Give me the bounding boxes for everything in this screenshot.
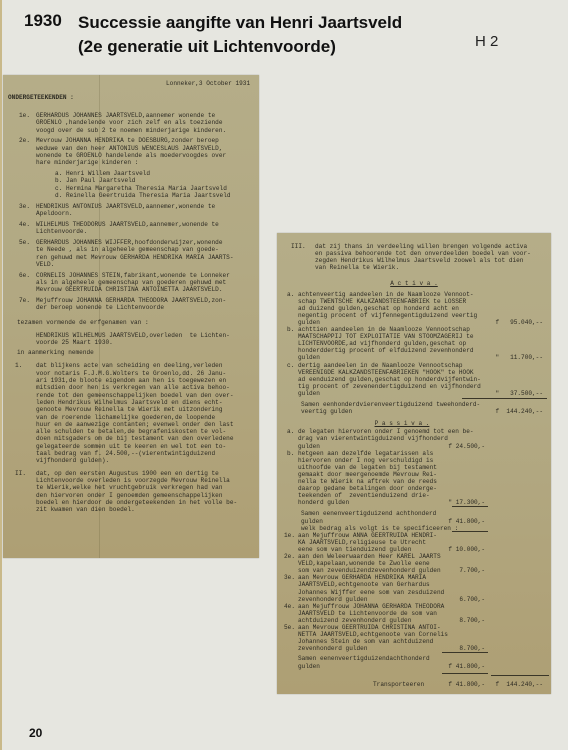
party-line: hare minderjarige kinderen : xyxy=(36,159,138,166)
clause-number: 1. xyxy=(15,362,22,369)
clause-number: II. xyxy=(15,470,26,477)
passiva-line: honderd gulden xyxy=(298,499,349,506)
party-line: weduwe van den heer ANTONIUS WENCESLAUS … xyxy=(36,145,223,152)
activa-amount: " 37.500,-- xyxy=(495,390,543,397)
clause-line: doen mitsgaders om de bij testament van … xyxy=(36,435,233,442)
underline-rule xyxy=(462,398,547,399)
passiva-letter: a. xyxy=(287,428,294,435)
clause-line: dat, op den eersten Augustus 1900 een en… xyxy=(36,470,219,477)
clause-line: taal bedrag van f. 24.500,--(vierentwint… xyxy=(36,450,215,457)
party-line: der beroep wonende te Lichtenvoorde xyxy=(36,304,164,311)
clause-line: dat blijkens acte van scheiding en deeli… xyxy=(36,362,223,369)
document-heading: ONDERGETEEKENDEN : xyxy=(8,94,74,101)
page-title: Successie aangifte van Henri Jaartsveld … xyxy=(78,11,402,59)
party-line: GROENLO ,handelende voor zich zelf en al… xyxy=(36,119,223,126)
party-number: 1e. xyxy=(19,112,30,119)
clause-line: van de roerende lichamelijke goederen,de… xyxy=(36,414,215,421)
title-line-2: (2e generatie uit Lichtenvoorde) xyxy=(78,35,402,59)
activa-line: tig procent of zevenendertigduizend en v… xyxy=(298,383,481,390)
party-line: VELD. xyxy=(36,261,54,268)
activa-total-line: veertig gulden xyxy=(301,408,352,415)
activa-amount: f 95.040,-- xyxy=(495,319,543,326)
deceased-line: HENDRIKUS WILHELMUS JAARTSVELD,overleden… xyxy=(36,332,230,339)
party-line: Lichtenvoorde. xyxy=(36,228,87,235)
party-line: b. Jan Paul Jaartsveld xyxy=(55,177,135,184)
specification-line: zevenhonderd gulden xyxy=(298,645,367,652)
clause-line: Lichtenvoorde overleden is voorzegde Mev… xyxy=(36,477,230,484)
underline-rule xyxy=(452,531,488,532)
party-line: voogd over de sub 2 te noemen minderjari… xyxy=(36,127,226,134)
section-code: H 2 xyxy=(475,33,498,50)
underline-rule xyxy=(442,652,488,653)
party-line: WILHELMUS THEODORUS JAARTSVELD,aannemer,… xyxy=(36,221,219,228)
clause-line: voor notaris F.J.M.G.Wolters te Groenlo,… xyxy=(36,370,226,377)
transport-label: Transporteeren xyxy=(373,681,424,688)
party-line: GERHARDUS JOHANNES JAARTSVELD,aannemer w… xyxy=(36,112,215,119)
passiva-amount: f 24.500,- xyxy=(448,443,485,450)
party-number: 3e. xyxy=(19,203,30,210)
passiva-letter: b. xyxy=(287,450,294,457)
party-line: HENDRIKUS ANTONIUS JAARTSVELD,aannemer,w… xyxy=(36,203,215,210)
together-line: tezamen vormende de erfgenamen van : xyxy=(17,319,149,326)
party-line: wonende te GROENLO handelende als moeder… xyxy=(36,152,226,159)
party-line: c. Hermina Margaretha Theresia Maria Jaa… xyxy=(55,185,227,192)
clause-line: vijfhonderd gulden). xyxy=(36,457,109,464)
clause-line: zit kwamen van dien boedel. xyxy=(36,506,135,513)
clause-line: rende tot den gemeenschappelijken boedel… xyxy=(36,392,233,399)
specification-amount: 7.700,- xyxy=(459,567,485,574)
activa-letter: c. xyxy=(287,362,294,369)
party-line: als in algeheele gemeenschap van goedere… xyxy=(36,279,226,286)
activa-total: f 144.240,-- xyxy=(495,408,543,415)
clause-line: alle schulden te betalen,de begrafenisko… xyxy=(36,428,226,435)
party-line: Mevrouw JOHANNA HENDRIKA te DOESBURG,zon… xyxy=(36,137,219,144)
passiva-heading: P a s s i v a . xyxy=(277,420,527,427)
activa-heading: A c t i v a . xyxy=(277,280,551,287)
left-document-scan: Lonneker,3 October 1931 ONDERGETEEKENDEN… xyxy=(3,75,259,558)
transport-left-amount: f 41.800,- xyxy=(448,681,485,688)
deceased-line: voorde 25 Maart 1930. xyxy=(36,339,113,346)
specification-amount: 6.700,- xyxy=(459,596,485,603)
transport-right-amount: f 144.240,-- xyxy=(495,681,543,688)
clause-line: gelegateerde sommen uit te keeren en wel… xyxy=(36,443,226,450)
specification-number: 3e. xyxy=(284,574,295,581)
party-line: Apeldoorn. xyxy=(36,210,73,217)
header-year: 1930 xyxy=(24,11,62,31)
specification-total-line: gulden xyxy=(298,663,320,670)
clause-number: III. xyxy=(291,243,306,250)
party-number: 6e. xyxy=(19,272,30,279)
underline-rule xyxy=(491,675,549,676)
specification-number: 4e. xyxy=(284,603,295,610)
page-edge xyxy=(0,0,2,750)
clause-line: leden Hendrikus Wilhelmus Jaartsveld en … xyxy=(36,399,223,406)
party-line: ren gehuwd met Mevrouw GERHARDA HENDRIKA… xyxy=(36,254,233,261)
party-line: CORNELIS JOHANNES STEIN,fabrikant,wonend… xyxy=(36,272,230,279)
clause-line: ari 1931,de bloote eigendom aan hen is t… xyxy=(36,377,226,384)
clause-line: te Wierik,welke het vruchtgebruik verkre… xyxy=(36,484,223,491)
party-line: Mevrouw GEERTRUIDA CHRISTINA ANTOINETTA … xyxy=(36,286,223,293)
specification-amount: f 10.000,- xyxy=(448,546,485,553)
party-line: Mejuffrouw JOHANNA GERHARDA THEODORA JAA… xyxy=(36,297,226,304)
specification-amount: 8.700,- xyxy=(459,617,485,624)
passiva-line: drag van vierentwintigduizend vijfhonder… xyxy=(298,435,448,442)
activa-letter: a. xyxy=(287,291,294,298)
party-line: GERHARDUS JOHANNES WIJFFER,hoofdonderwij… xyxy=(36,239,223,246)
clause-line: mitsdien door hen is verkregen van alle … xyxy=(36,384,230,391)
party-line: d. Reinella Geertruida Theresia Maria Ja… xyxy=(55,192,231,199)
party-number: 5e. xyxy=(19,239,30,246)
considering-line: in aanmerking nemende xyxy=(17,349,94,356)
party-line: a. Henri Willem Jaartsveld xyxy=(55,170,150,177)
party-number: 7e. xyxy=(19,297,30,304)
title-line-1: Successie aangifte van Henri Jaartsveld xyxy=(78,11,402,35)
page-number: 20 xyxy=(29,726,42,740)
clause-line: huur en de aanwezige contanten; evenwel … xyxy=(36,421,233,428)
specification-total: f 41.800,- xyxy=(448,663,485,670)
activa-line: gulden xyxy=(298,390,320,397)
clause-line: genoote Mevrouw Reinella te Wierik met u… xyxy=(36,406,223,413)
place-date: Lonneker,3 October 1931 xyxy=(166,80,250,87)
activa-line: honderddertig procent of elfduizend zeve… xyxy=(298,347,474,354)
activa-amount: " 11.700,-- xyxy=(495,354,543,361)
clause-line: den hiervoren onder I genoemden gemeensc… xyxy=(36,492,223,499)
specification-number: 5e. xyxy=(284,624,295,631)
clause-line: van Reinella te Wierik. xyxy=(315,264,399,271)
party-line: te Neede , als in algeheele gemeenschap … xyxy=(36,246,219,253)
underline-rule xyxy=(442,673,488,674)
specification-number: 2e. xyxy=(284,553,295,560)
right-document-scan: III.dat zij thans in verdeeling willen b… xyxy=(277,233,551,694)
activa-letter: b. xyxy=(287,326,294,333)
party-number: 4e. xyxy=(19,221,30,228)
activa-line: negentig procent of vijfennegentigduizen… xyxy=(298,312,477,319)
underline-rule xyxy=(452,506,488,507)
clause-line: boedel en hierdoor de ondergeteekenden i… xyxy=(36,499,237,506)
party-number: 2e. xyxy=(19,137,30,144)
specification-number: 1e. xyxy=(284,532,295,539)
